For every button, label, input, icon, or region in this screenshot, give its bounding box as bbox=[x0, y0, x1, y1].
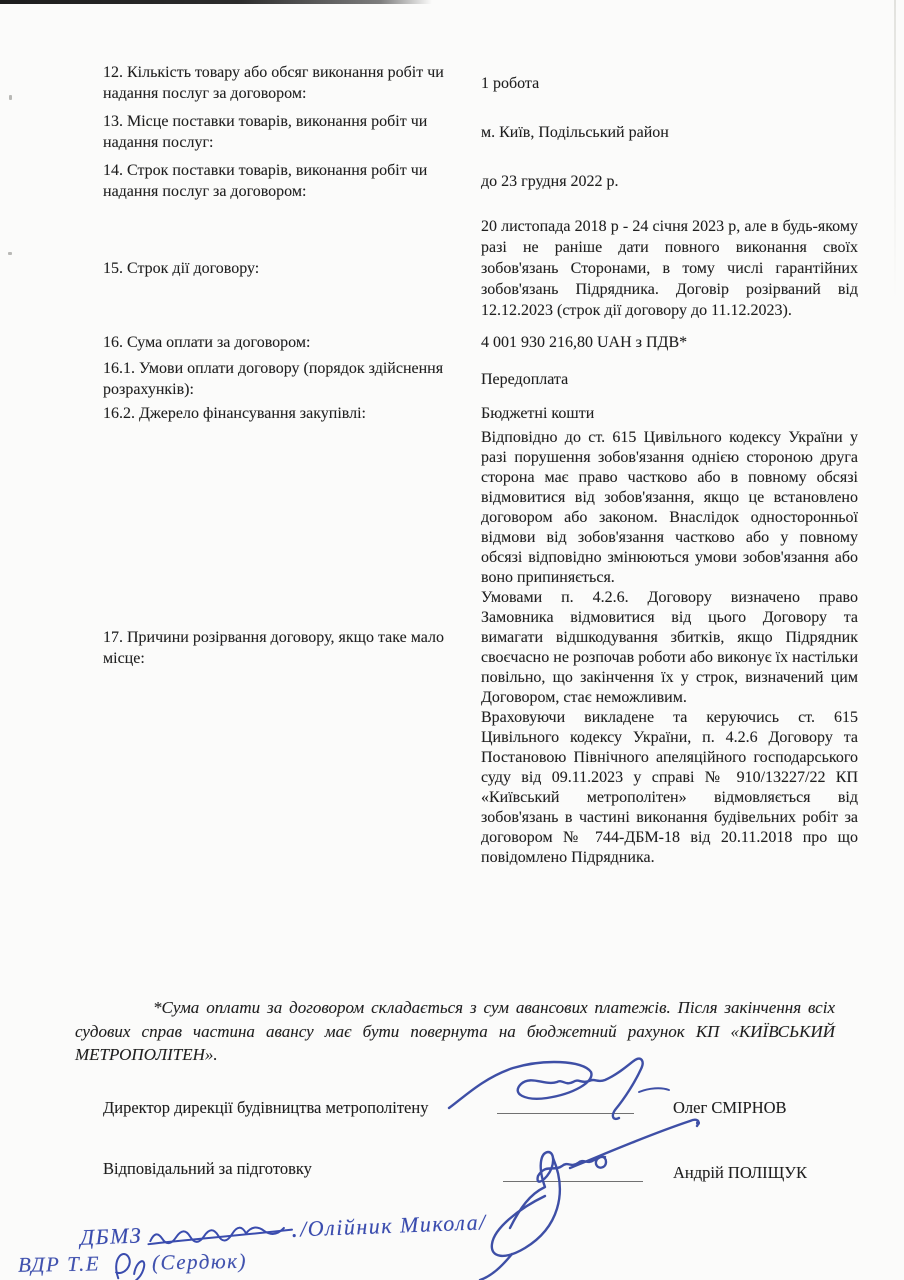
handwritten-prefix: ВДР Т.Е bbox=[18, 1251, 101, 1276]
field-value: 1 робота bbox=[481, 73, 858, 94]
field-label: 12. Кількість товару або обсяг виконання… bbox=[103, 62, 458, 104]
fields-table: 12. Кількість товару або обсяг виконання… bbox=[103, 56, 858, 868]
signature-row-preparer: Відповідальний за підготовку Андрій ПОЛІ… bbox=[103, 1159, 858, 1203]
handwritten-note-2: ВДР Т.Е (Сердюк) bbox=[18, 1246, 248, 1280]
field-row-12: 12. Кількість товару або обсяг виконання… bbox=[103, 62, 858, 104]
field-row-15: 15. Строк дії договору: 20 листопада 201… bbox=[103, 216, 858, 321]
signature-name: Олег СМІРНОВ bbox=[673, 1098, 787, 1118]
handwritten-note-1: ДБМЗ /Олійник Микола/ bbox=[80, 1209, 488, 1252]
scanned-document-page: 12. Кількість товару або обсяг виконання… bbox=[0, 0, 904, 1280]
handwritten-prefix: ДБМЗ bbox=[80, 1222, 143, 1249]
footnote: *Сума оплати за договором складається з … bbox=[75, 996, 835, 1067]
field-label: 16. Сума оплати за договором: bbox=[103, 332, 458, 353]
field-value: 20 листопада 2018 р - 24 січня 2023 р, а… bbox=[481, 216, 858, 321]
field-row-16-1: 16.1. Умови оплати договору (порядок зді… bbox=[103, 358, 858, 400]
handwritten-name: (Сердюк) bbox=[152, 1249, 247, 1275]
handwritten-name: /Олійник Микола/ bbox=[300, 1209, 487, 1241]
signature-role: Відповідальний за підготовку bbox=[103, 1159, 483, 1179]
scan-edge-shadow bbox=[894, 0, 896, 300]
scan-speck bbox=[8, 252, 12, 255]
field-label: 13. Місце поставки товарів, виконання ро… bbox=[103, 111, 458, 153]
scan-speck bbox=[9, 95, 12, 100]
field-row-16: 16. Сума оплати за договором: 4 001 930 … bbox=[103, 332, 858, 353]
field-value: м. Київ, Подільський район bbox=[481, 122, 858, 143]
signature-name: Андрій ПОЛІЩУК bbox=[673, 1163, 807, 1183]
field-value: до 23 грудня 2022 р. bbox=[481, 171, 858, 192]
field-row-17: 17. Причини розірвання договору, якщо та… bbox=[103, 428, 858, 868]
paragraph: Умовами п. 4.2.6. Договору визначено пра… bbox=[481, 588, 858, 708]
signature-line bbox=[503, 1181, 643, 1182]
field-row-13: 13. Місце поставки товарів, виконання ро… bbox=[103, 111, 858, 153]
field-label: 15. Строк дії договору: bbox=[103, 258, 458, 279]
field-label: 17. Причини розірвання договору, якщо та… bbox=[103, 627, 458, 669]
field-label: 14. Строк поставки товарів, виконання ро… bbox=[103, 160, 458, 202]
field-row-16-2: 16.2. Джерело фінансування закупівлі: Бю… bbox=[103, 403, 858, 424]
field-value: Передоплата bbox=[481, 369, 858, 390]
paragraph: Враховуючи викладене та керуючись ст. 61… bbox=[481, 708, 858, 868]
paragraph: Відповідно до ст. 615 Цивільного кодексу… bbox=[481, 428, 858, 588]
handwritten-scribble bbox=[146, 1219, 297, 1249]
field-value: 4 001 930 216,80 UAH з ПДВ* bbox=[481, 332, 858, 353]
field-value: Бюджетні кошти bbox=[481, 403, 858, 424]
signature-row-director: Директор дирекції будівництва метрополіт… bbox=[103, 1098, 858, 1142]
field-label: 16.2. Джерело фінансування закупівлі: bbox=[103, 403, 458, 424]
field-value-paragraphs: Відповідно до ст. 615 Цивільного кодексу… bbox=[481, 428, 858, 868]
field-row-14: 14. Строк поставки товарів, виконання ро… bbox=[103, 160, 858, 202]
signature-role: Директор дирекції будівництва метрополіт… bbox=[103, 1098, 483, 1118]
field-label: 16.1. Умови оплати договору (порядок зді… bbox=[103, 358, 458, 400]
signature-line bbox=[497, 1113, 634, 1114]
scan-artifact-line bbox=[0, 0, 432, 4]
handwritten-scribble bbox=[104, 1248, 149, 1280]
